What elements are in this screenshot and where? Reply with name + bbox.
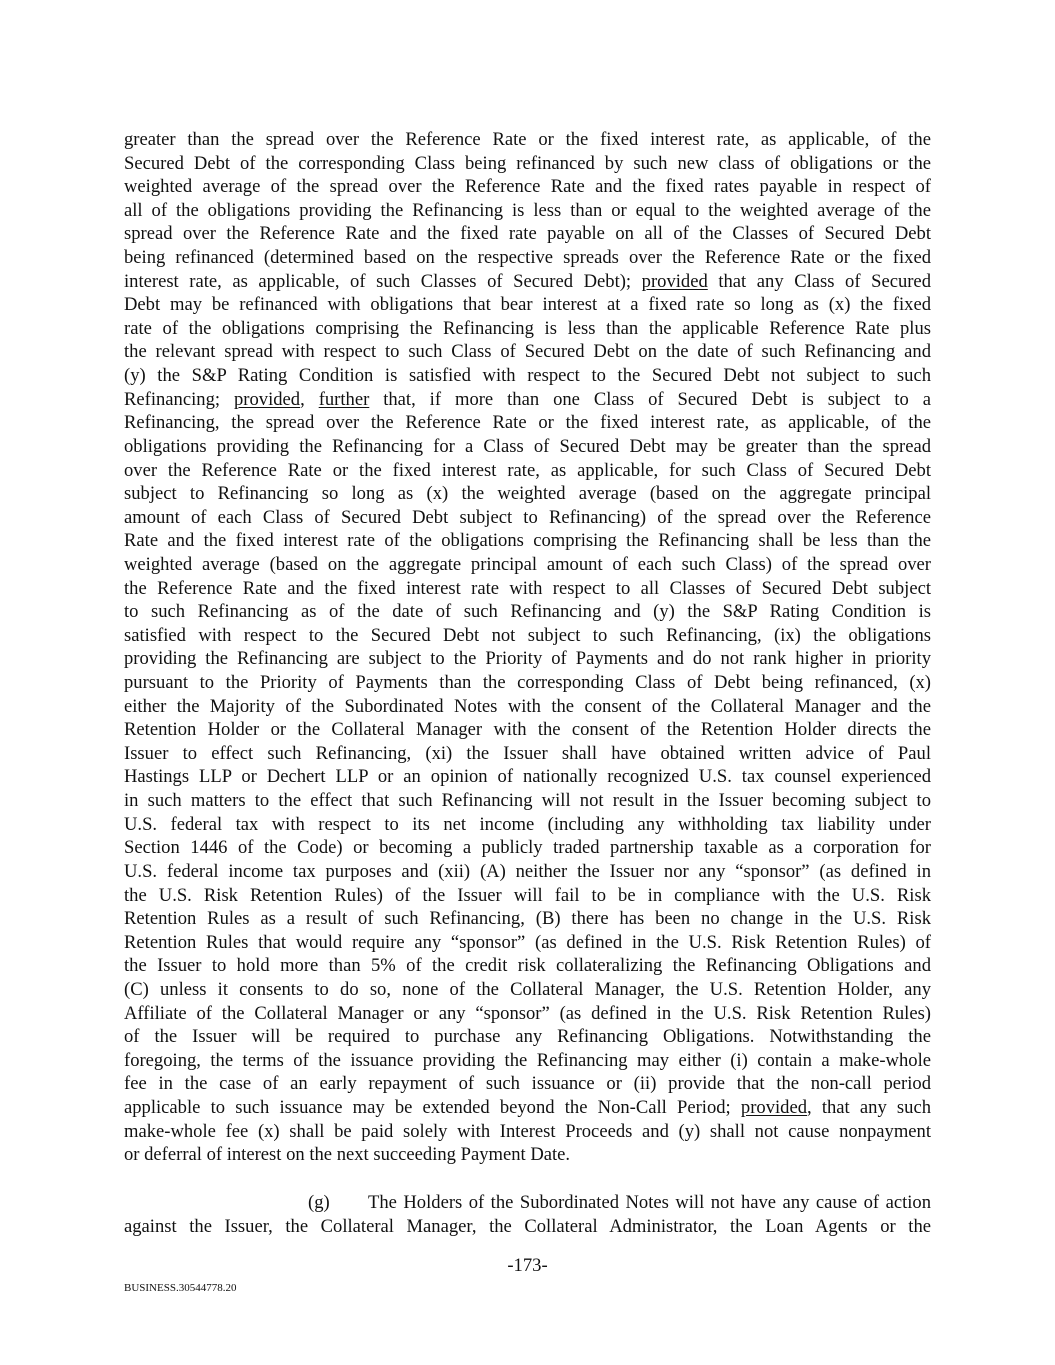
text-line: either the Majority of the Subordinated … xyxy=(124,695,931,719)
text-line: spread over the Reference Rate and the f… xyxy=(124,222,931,246)
text-line: the relevant spread with respect to such… xyxy=(124,340,931,364)
underlined-term-provided: provided xyxy=(741,1097,807,1118)
text-line-first: (g)The Holders of the Subordinated Notes… xyxy=(124,1191,931,1215)
page-number: -173- xyxy=(0,1255,1055,1277)
underlined-term-provided: provided xyxy=(642,271,708,292)
text-line: in such matters to the effect that such … xyxy=(124,789,931,813)
text-segment: Refinancing; xyxy=(124,389,234,410)
text-line: Debt may be refinanced with obligations … xyxy=(124,293,931,317)
text-line: make-whole fee (x) shall be paid solely … xyxy=(124,1120,931,1144)
text-line: pursuant to the Priority of Payments tha… xyxy=(124,671,931,695)
text-line: Retention Holder or the Collateral Manag… xyxy=(124,718,931,742)
paragraph-g: (g)The Holders of the Subordinated Notes… xyxy=(124,1191,931,1238)
underlined-term-further: further xyxy=(319,389,370,410)
text-line: U.S. federal income tax purposes and (xi… xyxy=(124,860,931,884)
text-line: obligations providing the Refinancing fo… xyxy=(124,435,931,459)
text-line: Retention Rules that would require any “… xyxy=(124,931,931,955)
text-segment: The Holders of the Subordinated Notes wi… xyxy=(368,1192,931,1213)
paragraph-continuation: greater than the spread over the Referen… xyxy=(124,128,931,1167)
text-line: the Issuer to hold more than 5% of the c… xyxy=(124,954,931,978)
document-page: greater than the spread over the Referen… xyxy=(0,0,1055,1365)
text-line: of the Issuer will be required to purcha… xyxy=(124,1025,931,1049)
text-line: subject to Refinancing so long as (x) th… xyxy=(124,482,931,506)
text-line: the Reference Rate and the fixed interes… xyxy=(124,577,931,601)
document-id: BUSINESS.30544778.20 xyxy=(124,1282,236,1294)
text-segment: , that any such xyxy=(807,1097,931,1118)
text-line: Retention Rules as a result of such Refi… xyxy=(124,907,931,931)
text-line: weighted average of the spread over the … xyxy=(124,175,931,199)
text-line: Secured Debt of the corresponding Class … xyxy=(124,152,931,176)
text-line-with-underline: interest rate, as applicable, of such Cl… xyxy=(124,270,931,294)
text-line: Rate and the fixed interest rate of the … xyxy=(124,529,931,553)
text-line: or deferral of interest on the next succ… xyxy=(124,1143,931,1167)
text-line: Refinancing, the spread over the Referen… xyxy=(124,411,931,435)
text-line: Section 1446 of the Code) or becoming a … xyxy=(124,836,931,860)
text-line-with-underline: applicable to such issuance may be exten… xyxy=(124,1096,931,1120)
text-segment: that, if more than one Class of Secured … xyxy=(369,389,931,410)
text-line: over the Reference Rate or the fixed int… xyxy=(124,459,931,483)
text-line: providing the Refinancing are subject to… xyxy=(124,647,931,671)
text-line: fee in the case of an early repayment of… xyxy=(124,1072,931,1096)
text-line: all of the obligations providing the Ref… xyxy=(124,199,931,223)
underlined-term-provided: provided xyxy=(234,389,300,410)
text-line: greater than the spread over the Referen… xyxy=(124,128,931,152)
text-segment: interest rate, as applicable, of such Cl… xyxy=(124,271,642,292)
text-line: amount of each Class of Secured Debt sub… xyxy=(124,506,931,530)
text-line: U.S. federal tax with respect to its net… xyxy=(124,813,931,837)
text-line: against the Issuer, the Collateral Manag… xyxy=(124,1215,931,1239)
text-segment: that any Class of Secured xyxy=(708,271,931,292)
section-marker: (g) xyxy=(308,1191,368,1215)
text-line: Issuer to effect such Refinancing, (xi) … xyxy=(124,742,931,766)
text-line: being refinanced (determined based on th… xyxy=(124,246,931,270)
text-line: (C) unless it consents to do so, none of… xyxy=(124,978,931,1002)
text-line: the U.S. Risk Retention Rules) of the Is… xyxy=(124,884,931,908)
text-segment: applicable to such issuance may be exten… xyxy=(124,1097,741,1118)
text-line-with-underline: Refinancing; provided, further that, if … xyxy=(124,388,931,412)
text-line: rate of the obligations comprising the R… xyxy=(124,317,931,341)
text-line: to such Refinancing as of the date of su… xyxy=(124,600,931,624)
text-line: Affiliate of the Collateral Manager or a… xyxy=(124,1002,931,1026)
text-line: (y) the S&P Rating Condition is satisfie… xyxy=(124,364,931,388)
text-line: weighted average (based on the aggregate… xyxy=(124,553,931,577)
text-line: Hastings LLP or Dechert LLP or an opinio… xyxy=(124,765,931,789)
text-segment: , xyxy=(300,389,319,410)
text-line: satisfied with respect to the Secured De… xyxy=(124,624,931,648)
text-line: foregoing, the terms of the issuance pro… xyxy=(124,1049,931,1073)
